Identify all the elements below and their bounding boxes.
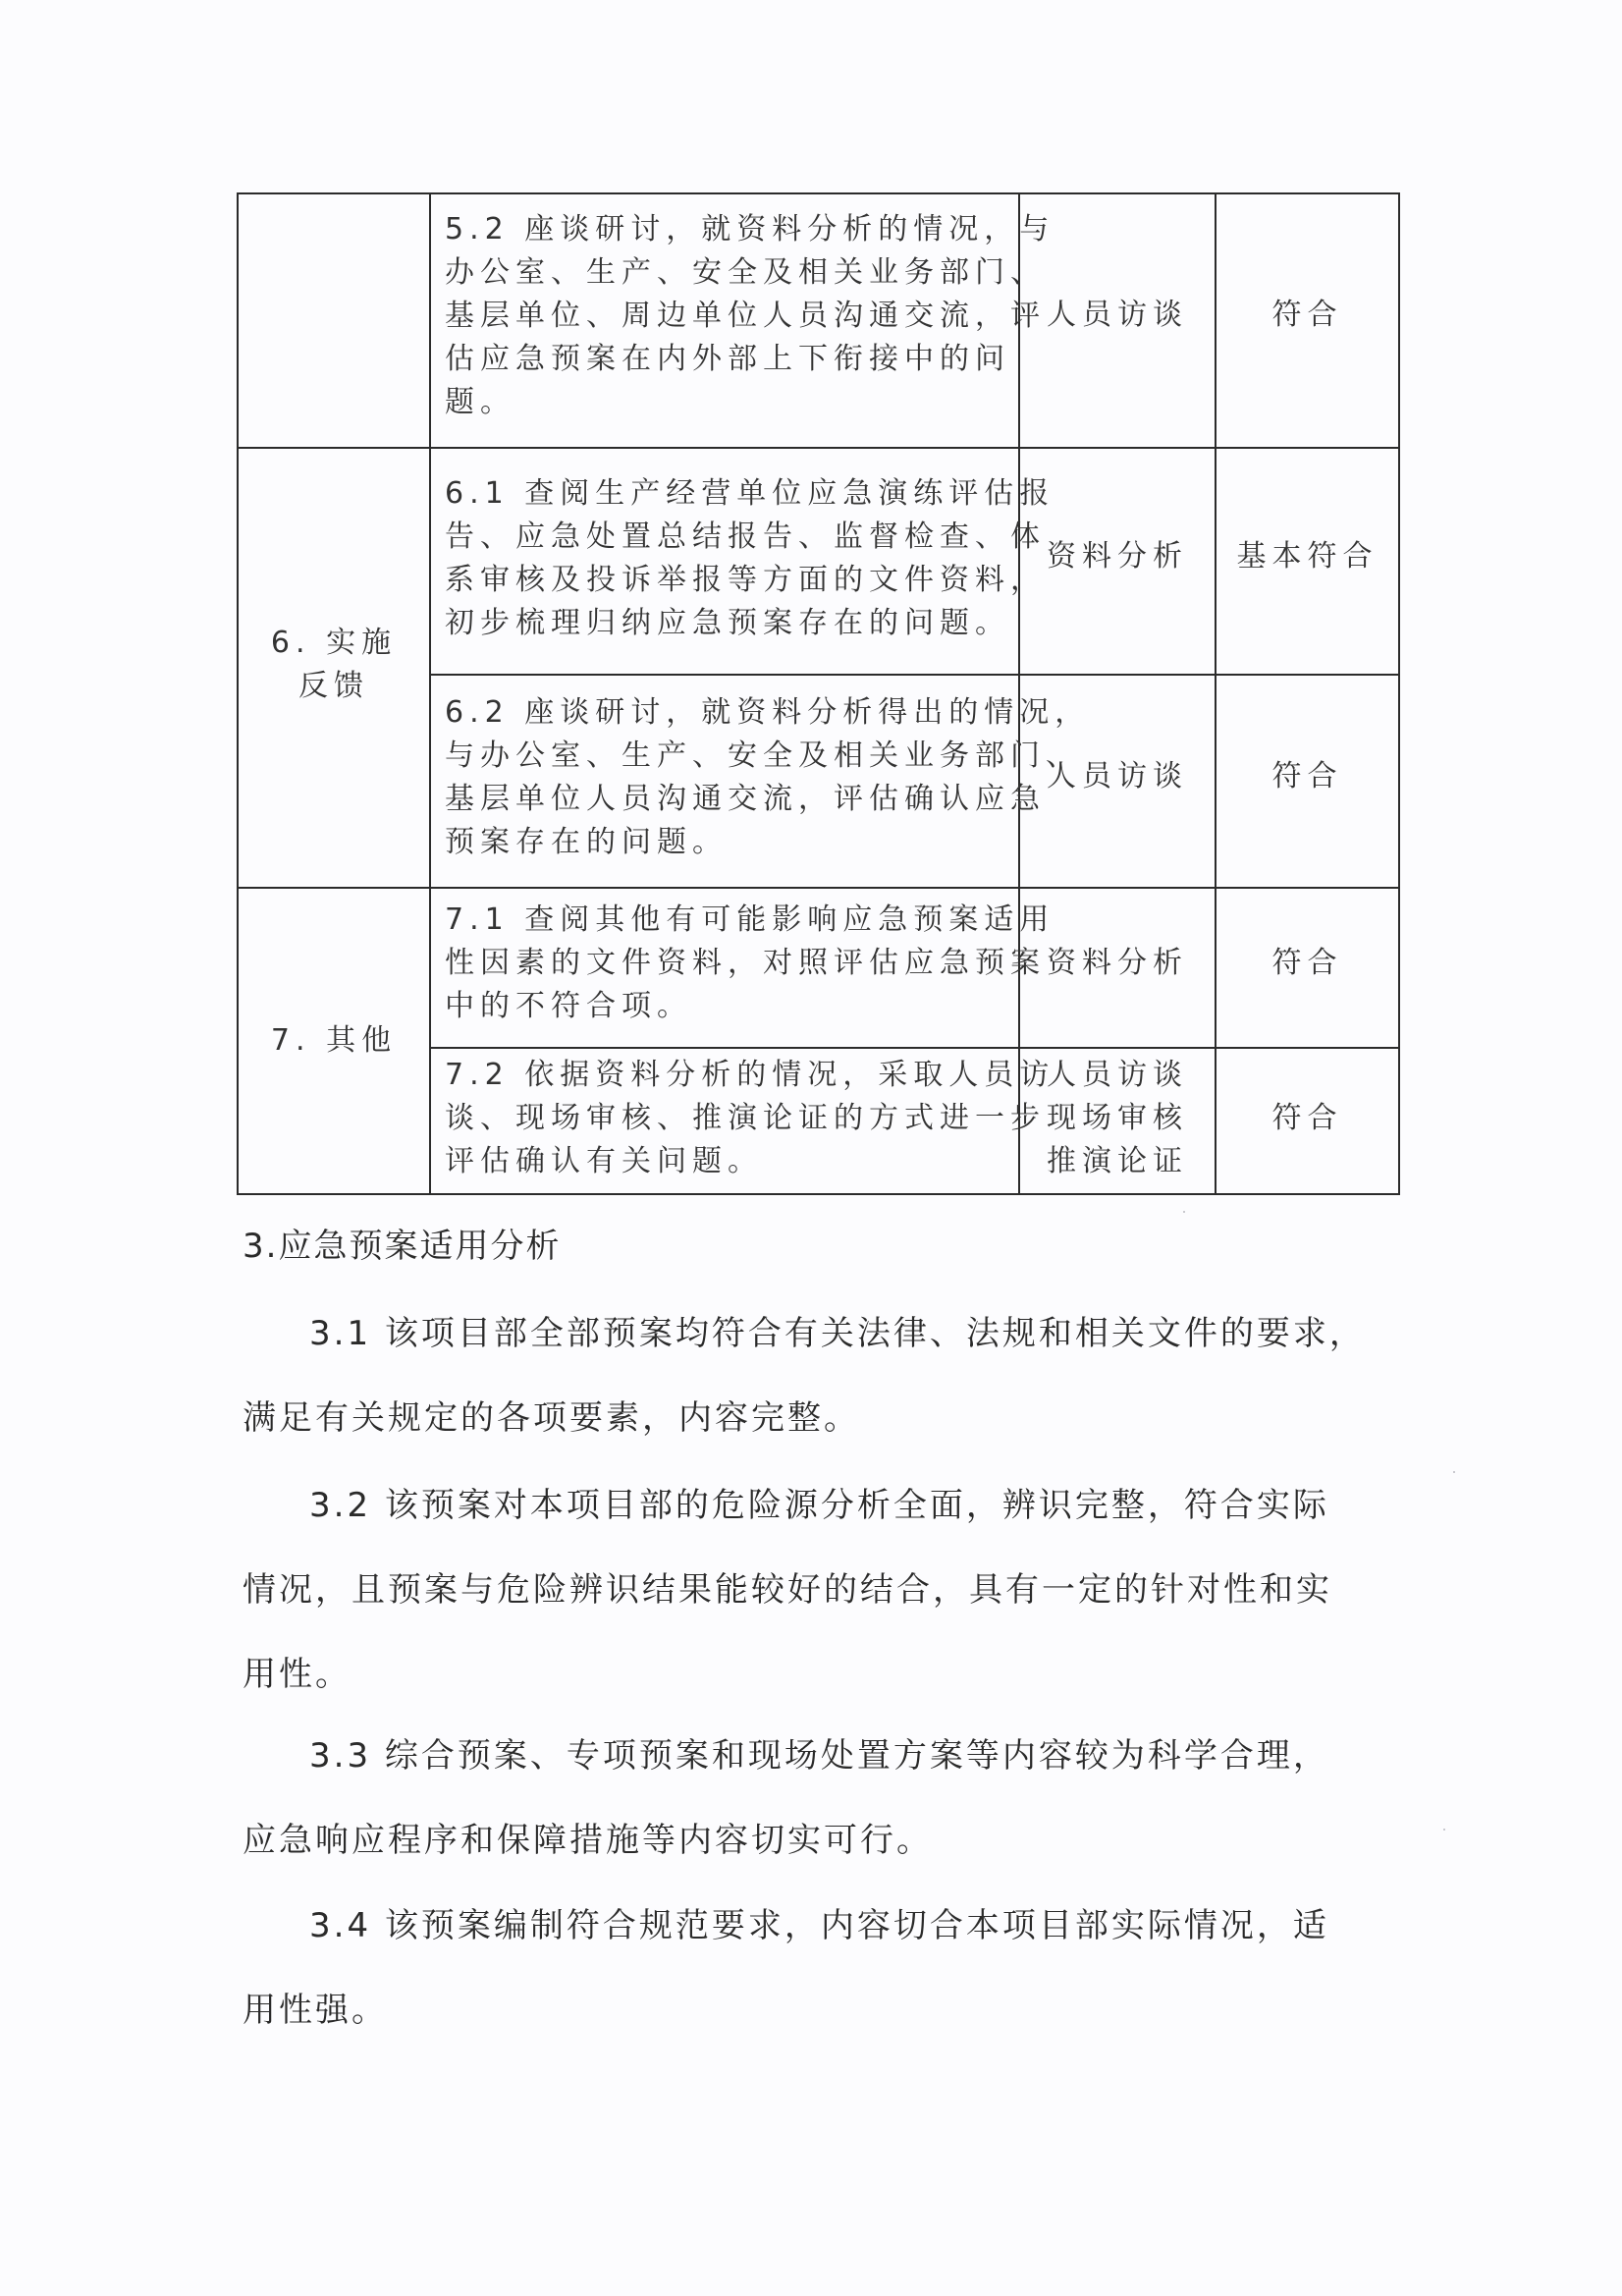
category-cell-empty xyxy=(238,193,430,448)
section-heading: 3.应急预案适用分析 xyxy=(243,1224,561,1269)
paragraph-line: 3.1 该项目部全部预案均符合有关法律、法规和相关文件的要求， xyxy=(243,1311,1401,1395)
item-line: 基层单位、周边单位人员沟通交流，评 xyxy=(445,295,1004,338)
scan-speck xyxy=(1453,1471,1455,1473)
method-label: 人员访谈 xyxy=(1020,755,1215,798)
item-line: 估应急预案在内外部上下衔接中的问 xyxy=(445,338,1004,381)
item-line: 7.2 依据资料分析的情况，采取人员访 xyxy=(445,1054,1004,1097)
paragraph-3-1: 3.1 该项目部全部预案均符合有关法律、法规和相关文件的要求， 满足有关规定的各… xyxy=(243,1311,1401,1480)
category-label: 6. 实施 xyxy=(239,622,429,665)
method-label: 资料分析 xyxy=(1020,535,1215,578)
result-label: 符合 xyxy=(1216,942,1398,985)
item-description-cell: 7.1 查阅其他有可能影响应急预案适用 性因素的文件资料，对照评估应急预案 中的… xyxy=(430,888,1019,1048)
item-line: 办公室、生产、安全及相关业务部门、 xyxy=(445,251,1004,295)
paragraph-line: 3.3 综合预案、专项预案和现场处置方案等内容较为科学合理， xyxy=(243,1733,1401,1818)
result-cell: 符合 xyxy=(1216,888,1399,1048)
paragraph-line: 3.2 该预案对本项目部的危险源分析全面，辨识完整，符合实际 xyxy=(243,1483,1401,1567)
item-line: 初步梳理归纳应急预案存在的问题。 xyxy=(445,602,1004,645)
item-line: 6.1 查阅生产经营单位应急演练评估报 xyxy=(445,472,1004,516)
table-row: 7. 其他 7.1 查阅其他有可能影响应急预案适用 性因素的文件资料，对照评估应… xyxy=(238,888,1399,1048)
method-cell: 人员访谈 现场审核 推演论证 xyxy=(1019,1048,1216,1194)
paragraph-3-2: 3.2 该预案对本项目部的危险源分析全面，辨识完整，符合实际 情况，且预案与危险… xyxy=(243,1483,1401,1736)
scan-speck xyxy=(1183,1211,1185,1213)
item-line: 5.2 座谈研讨，就资料分析的情况，与 xyxy=(445,208,1004,251)
item-line: 告、应急处置总结报告、监督检查、体 xyxy=(445,516,1004,559)
item-line: 题。 xyxy=(445,381,1004,424)
item-description-cell: 6.1 查阅生产经营单位应急演练评估报 告、应急处置总结报告、监督检查、体 系审… xyxy=(430,448,1019,675)
result-label: 基本符合 xyxy=(1216,535,1398,578)
scan-speck xyxy=(1443,1829,1445,1831)
method-label: 人员访谈 xyxy=(1020,1054,1215,1097)
result-label: 符合 xyxy=(1216,755,1398,798)
item-line: 预案存在的问题。 xyxy=(445,821,1004,864)
item-line: 基层单位人员沟通交流，评估确认应急 xyxy=(445,778,1004,821)
table-row: 5.2 座谈研讨，就资料分析的情况，与 办公室、生产、安全及相关业务部门、 基层… xyxy=(238,193,1399,448)
item-description-cell: 5.2 座谈研讨，就资料分析的情况，与 办公室、生产、安全及相关业务部门、 基层… xyxy=(430,193,1019,448)
paragraph-3-4: 3.4 该预案编制符合规范要求，内容切合本项目部实际情况，适 用性强。 xyxy=(243,1903,1401,2072)
table-row: 6. 实施 反馈 6.1 查阅生产经营单位应急演练评估报 告、应急处置总结报告、… xyxy=(238,448,1399,675)
category-label: 7. 其他 xyxy=(239,1019,429,1063)
method-label: 现场审核 xyxy=(1020,1097,1215,1140)
item-line: 6.2 座谈研讨，就资料分析得出的情况， xyxy=(445,691,1004,735)
item-description-cell: 6.2 座谈研讨，就资料分析得出的情况， 与办公室、生产、安全及相关业务部门、 … xyxy=(430,675,1019,888)
item-description-cell: 7.2 依据资料分析的情况，采取人员访 谈、现场审核、推演论证的方式进一步 评估… xyxy=(430,1048,1019,1194)
document-page: 5.2 座谈研讨，就资料分析的情况，与 办公室、生产、安全及相关业务部门、 基层… xyxy=(0,0,1622,2296)
method-label: 推演论证 xyxy=(1020,1140,1215,1183)
paragraph-line: 应急响应程序和保障措施等内容切实可行。 xyxy=(243,1818,1401,1902)
category-cell-implementation-feedback: 6. 实施 反馈 xyxy=(238,448,430,888)
category-label: 反馈 xyxy=(239,665,429,708)
result-cell: 符合 xyxy=(1216,1048,1399,1194)
item-line: 性因素的文件资料，对照评估应急预案 xyxy=(445,942,1004,985)
category-cell-other: 7. 其他 xyxy=(238,888,430,1194)
method-label: 人员访谈 xyxy=(1020,294,1215,337)
paragraph-3-3: 3.3 综合预案、专项预案和现场处置方案等内容较为科学合理， 应急响应程序和保障… xyxy=(243,1733,1401,1902)
item-line: 中的不符合项。 xyxy=(445,985,1004,1028)
paragraph-line: 情况，且预案与危险辨识结果能较好的结合，具有一定的针对性和实 xyxy=(243,1567,1401,1652)
paragraph-line: 满足有关规定的各项要素，内容完整。 xyxy=(243,1395,1401,1480)
item-line: 7.1 查阅其他有可能影响应急预案适用 xyxy=(445,899,1004,942)
item-line: 与办公室、生产、安全及相关业务部门、 xyxy=(445,735,1004,778)
paragraph-line: 用性。 xyxy=(243,1652,1401,1736)
result-cell: 符合 xyxy=(1216,675,1399,888)
result-cell: 基本符合 xyxy=(1216,448,1399,675)
result-label: 符合 xyxy=(1216,1097,1398,1140)
evaluation-table: 5.2 座谈研讨，就资料分析的情况，与 办公室、生产、安全及相关业务部门、 基层… xyxy=(237,192,1400,1195)
paragraph-line: 用性强。 xyxy=(243,1988,1401,2072)
result-label: 符合 xyxy=(1216,294,1398,337)
paragraph-line: 3.4 该预案编制符合规范要求，内容切合本项目部实际情况，适 xyxy=(243,1903,1401,1988)
item-line: 系审核及投诉举报等方面的文件资料， xyxy=(445,559,1004,602)
item-line: 评估确认有关问题。 xyxy=(445,1140,1004,1183)
item-line: 谈、现场审核、推演论证的方式进一步 xyxy=(445,1097,1004,1140)
method-label: 资料分析 xyxy=(1020,942,1215,985)
result-cell: 符合 xyxy=(1216,193,1399,448)
